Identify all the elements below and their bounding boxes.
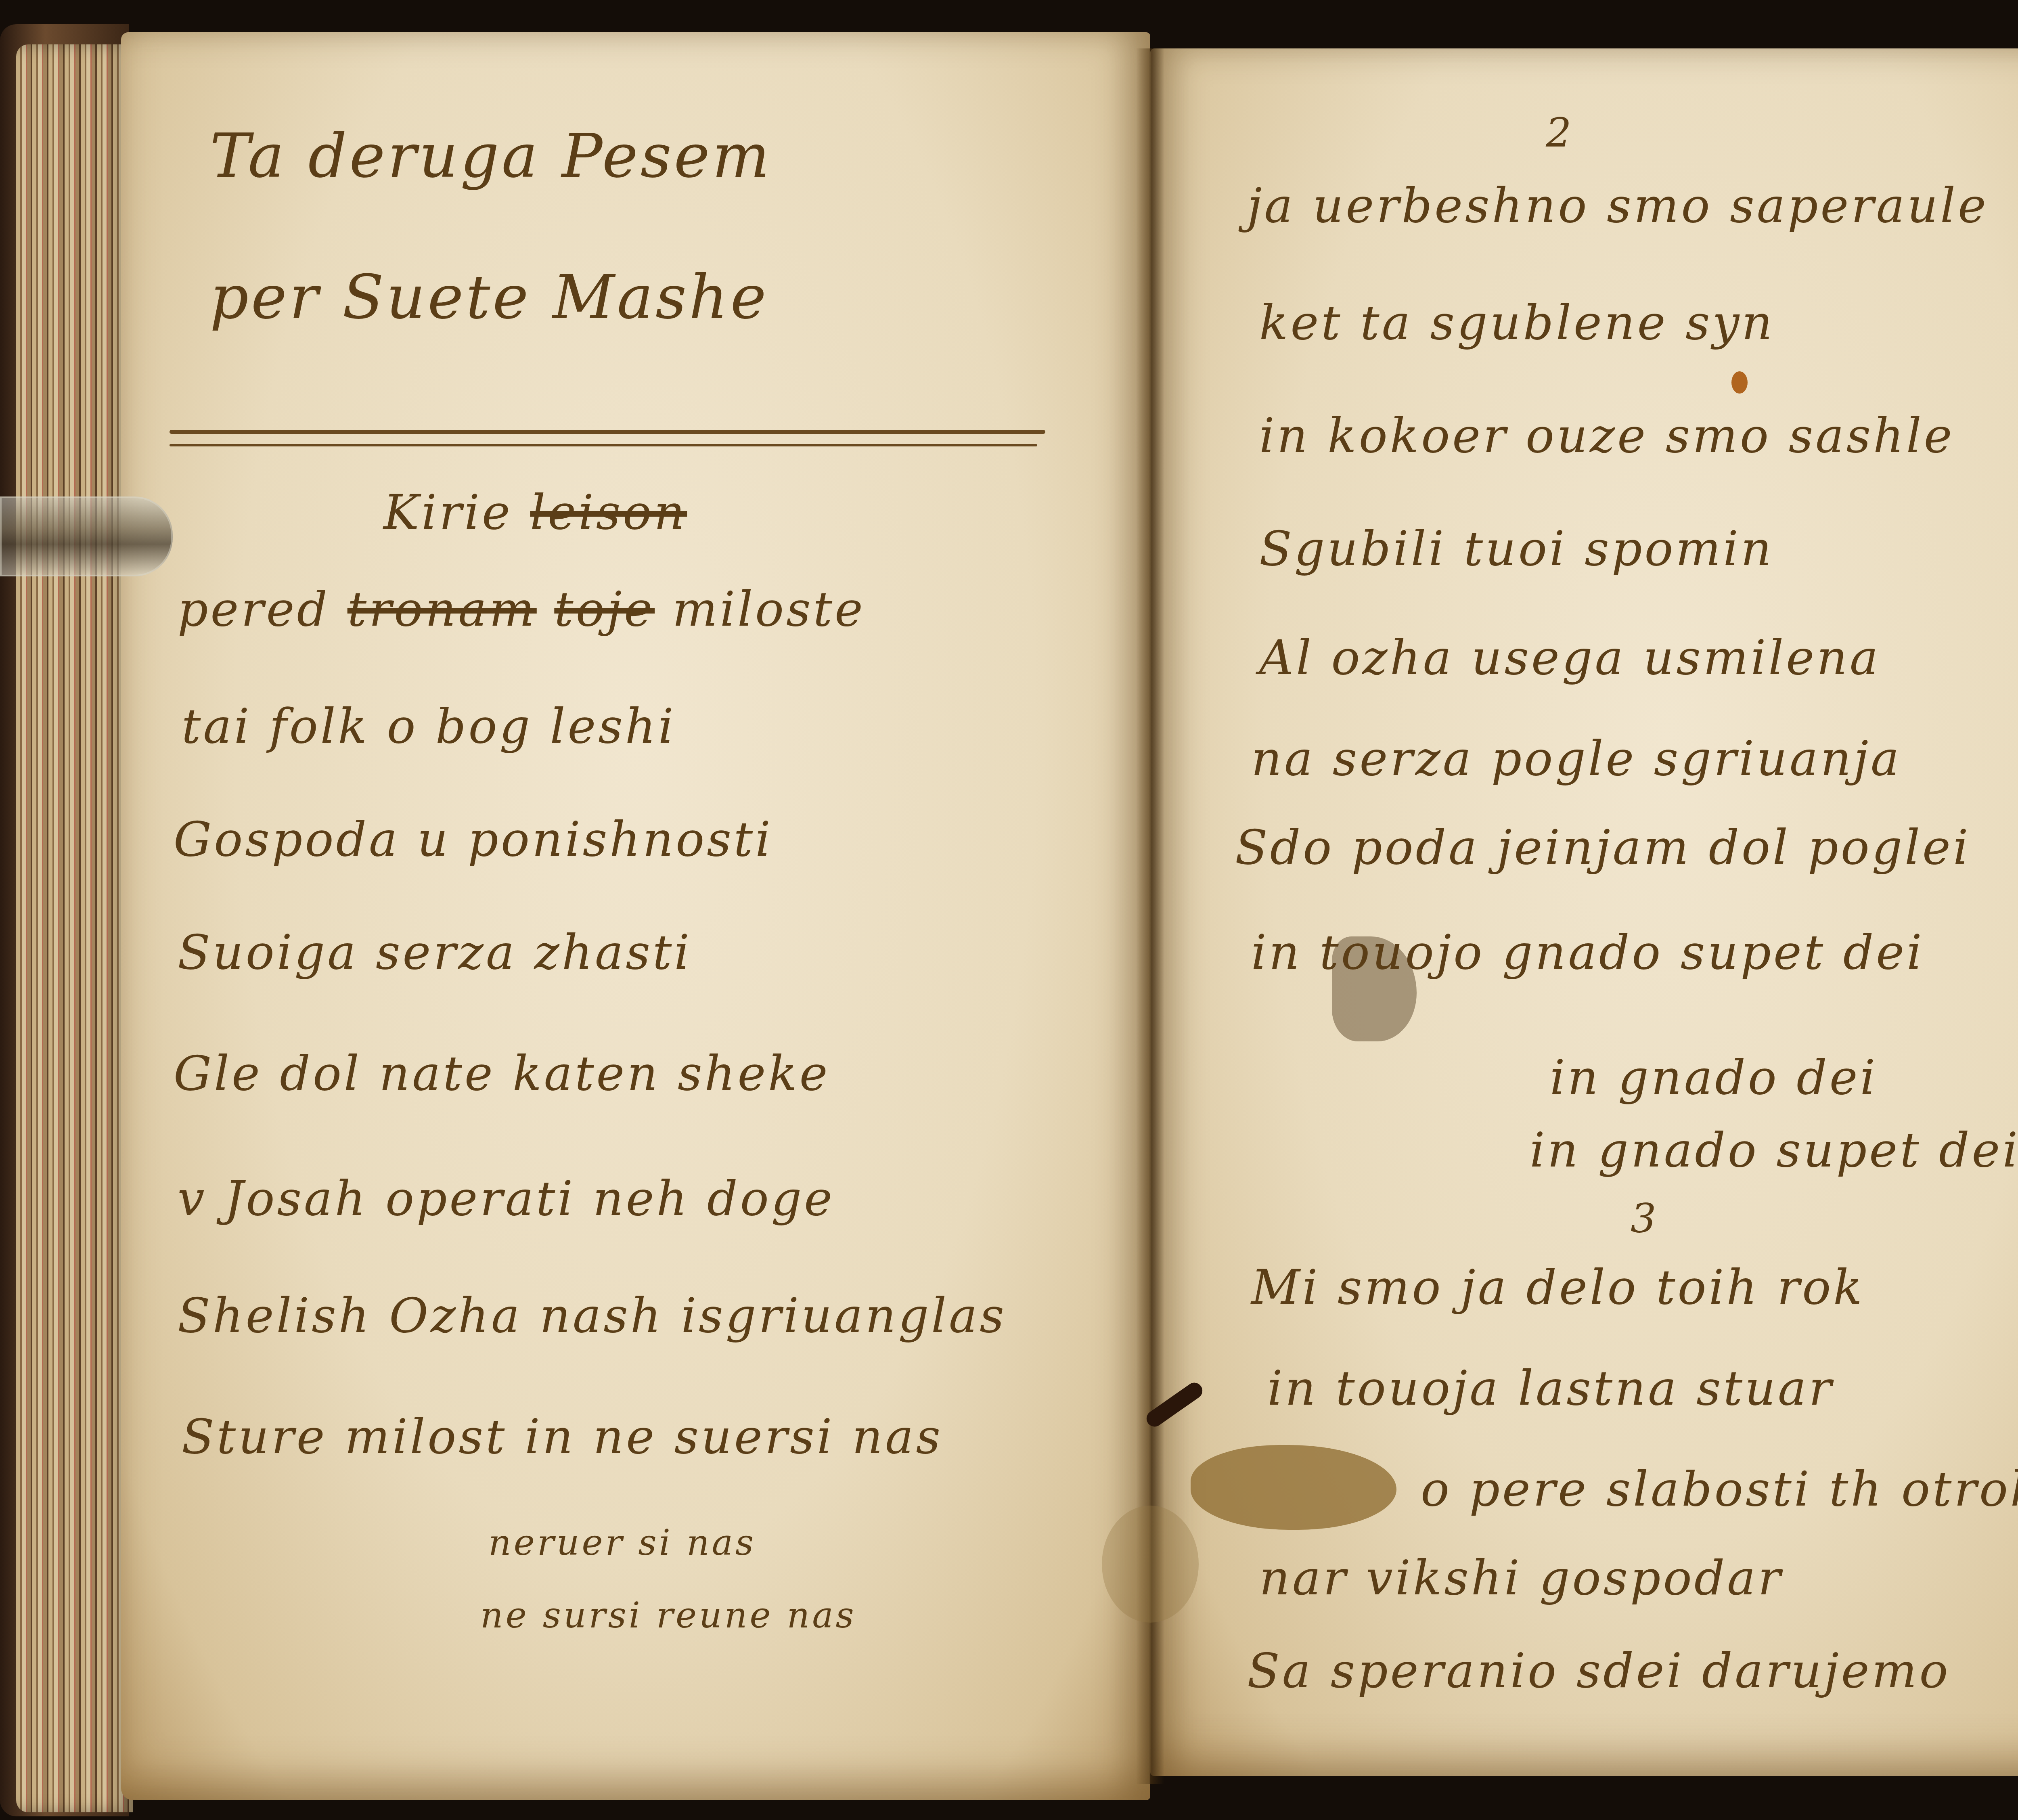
verse3-line-4: nar vikshi gospodar bbox=[1259, 1550, 1783, 1606]
verse3-line-3: o pere slabosti th otrok bbox=[1421, 1461, 2018, 1517]
verse-number-2: 2 bbox=[1546, 109, 1574, 156]
refrain-line-1: neruer si nas bbox=[488, 1522, 756, 1563]
kyrie-word: Kirie bbox=[383, 484, 513, 540]
verse2-refrain-2: in gnado supet dei bbox=[1530, 1122, 2018, 1178]
kyrie-heading: Kirie leison bbox=[383, 484, 687, 540]
title-divider-2 bbox=[170, 444, 1037, 446]
verse-line-2: tai folk o bog leshi bbox=[182, 698, 676, 754]
rust-spot bbox=[1731, 371, 1748, 394]
verse-line-8: Sture milost in ne suersi nas bbox=[182, 1409, 943, 1464]
line-word: miloste bbox=[672, 581, 865, 637]
verse2-line-2: ket ta sgublene syn bbox=[1259, 295, 1775, 350]
verse2-line-1: ja uerbeshno smo saperaule bbox=[1247, 178, 1989, 233]
struck-word: leison bbox=[530, 484, 687, 540]
verse2-line-6: na serza pogle sgriuanja bbox=[1251, 731, 1901, 786]
verse2-line-7: Sdo poda jeinjam dol poglei bbox=[1235, 819, 1971, 875]
verse-line-7: Shelish Ozha nash isgriuanglas bbox=[178, 1288, 1007, 1343]
title-divider-1 bbox=[170, 430, 1045, 434]
line-word: pered bbox=[178, 581, 330, 637]
book-fore-edge bbox=[16, 44, 133, 1812]
song-title-line-1: Ta deruga Pesem bbox=[210, 121, 772, 191]
verse3-line-5: Sa speranio sdei darujemo bbox=[1247, 1643, 1950, 1699]
water-stain bbox=[1102, 1506, 1199, 1623]
verse-line-1: pered tronam toje miloste bbox=[178, 581, 865, 637]
refrain-line-2: ne sursi reune nas bbox=[480, 1594, 856, 1636]
verse-number-3: 3 bbox=[1631, 1195, 1659, 1242]
verse-line-5: Gle dol nate katen sheke bbox=[174, 1045, 830, 1101]
verse-line-3: Gospoda u ponishnosti bbox=[174, 811, 773, 867]
struck-word: toje bbox=[554, 581, 655, 637]
song-title-line-2: per Suete Mashe bbox=[210, 262, 768, 333]
verse2-refrain-1: in gnado dei bbox=[1550, 1049, 1878, 1105]
verse2-line-3: in kokoer ouze smo sashle bbox=[1259, 408, 1955, 463]
glass-page-weight-left bbox=[0, 496, 173, 576]
verse3-line-2: in touoja lastna stuar bbox=[1267, 1360, 1834, 1416]
verse3-line-1: Mi smo ja delo toih rok bbox=[1251, 1259, 1865, 1315]
verse2-line-4: Sgubili tuoi spomin bbox=[1259, 521, 1774, 576]
verse-line-4: Suoiga serza zhasti bbox=[178, 924, 692, 980]
verse-line-6: v Josah operati neh doge bbox=[178, 1171, 835, 1226]
verse2-line-8: in touojo gnado supet dei bbox=[1251, 924, 1924, 980]
verse2-line-5: Al ozha usega usmilena bbox=[1259, 630, 1880, 685]
struck-word: tronam bbox=[347, 581, 537, 637]
